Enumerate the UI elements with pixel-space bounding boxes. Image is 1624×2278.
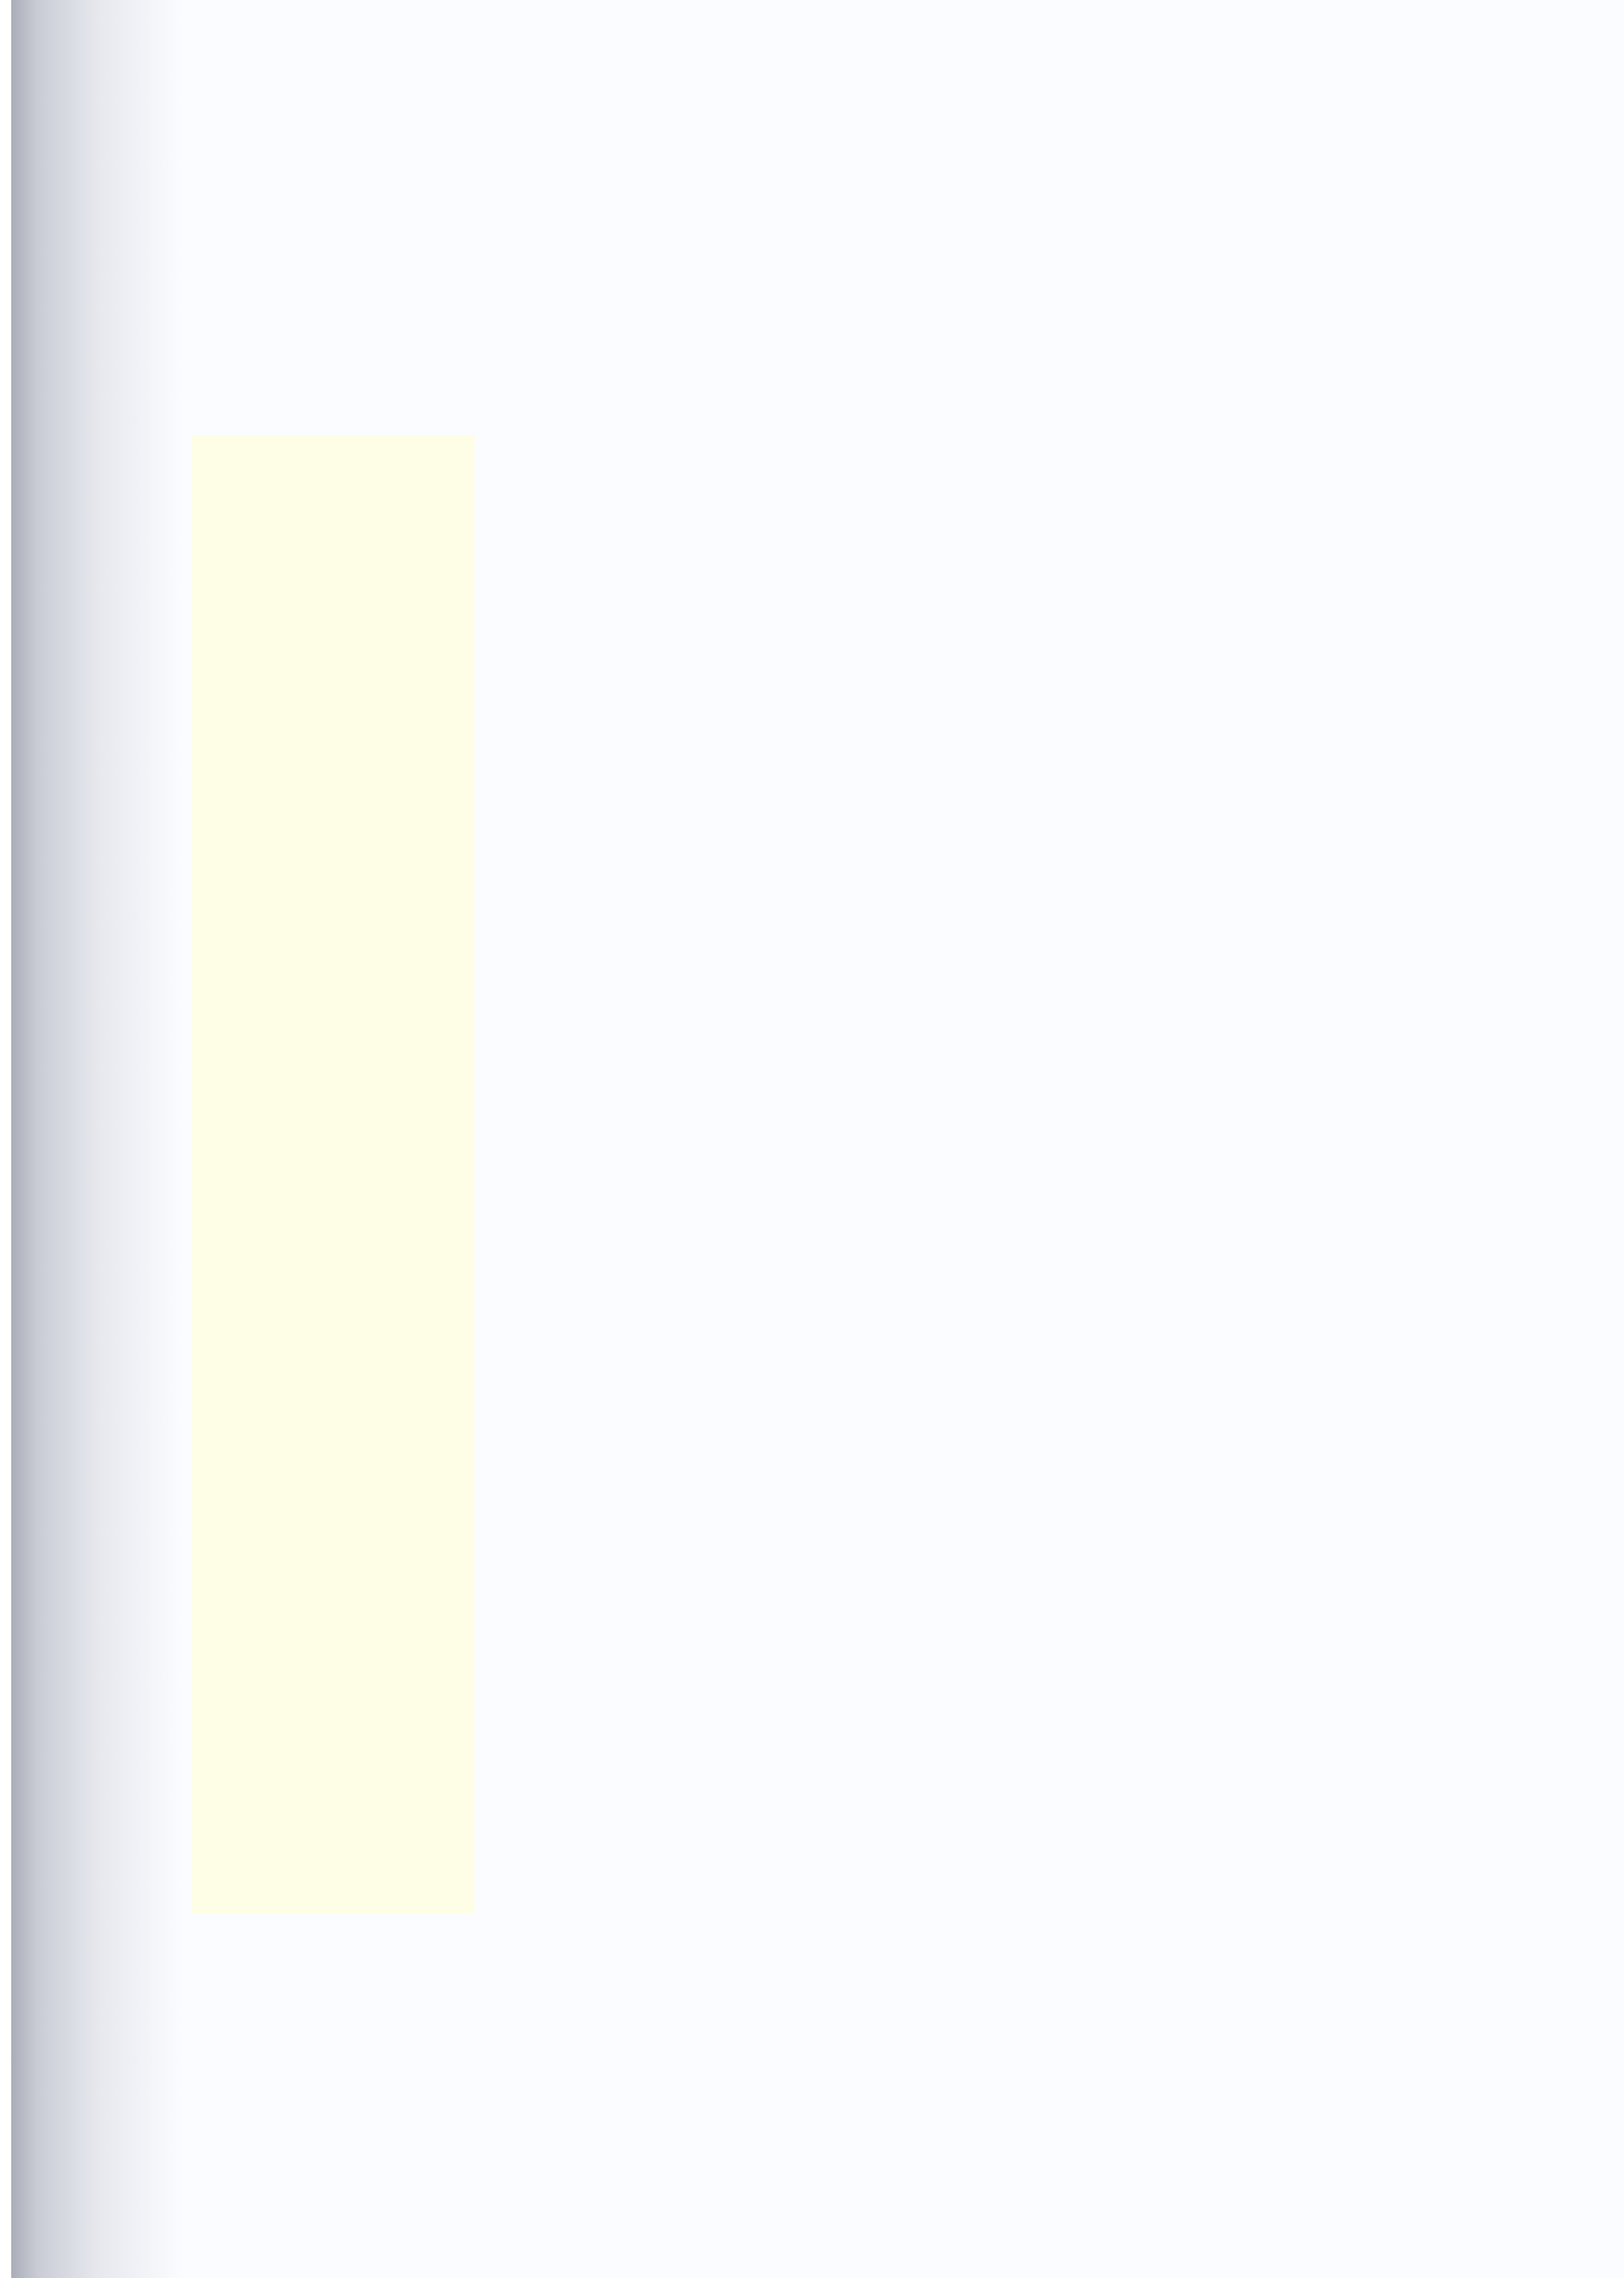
reaction-highlight-box: [191, 435, 475, 1913]
document-page: [0, 0, 1624, 2278]
